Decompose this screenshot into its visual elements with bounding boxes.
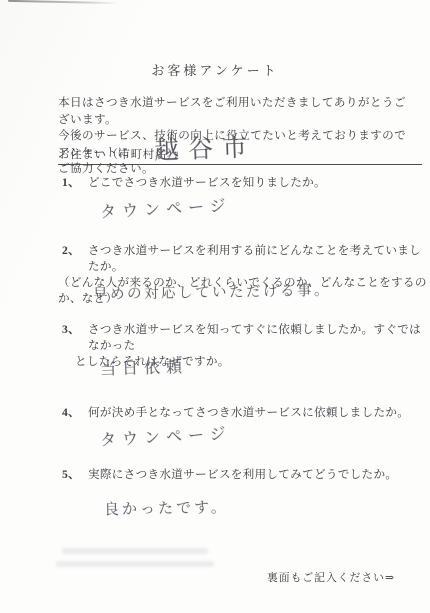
- answer-5-handwritten: 良かったです。: [104, 496, 229, 519]
- question-4-number: 4、: [62, 404, 80, 420]
- answer-2-handwritten: 早めの対応していただける事。: [93, 279, 331, 304]
- answer-1-handwritten: タウンページ: [99, 193, 232, 223]
- question-1-number: 1、: [62, 174, 80, 190]
- question-3-number: 3、: [62, 321, 80, 337]
- residence-handwritten-value: 越谷市: [153, 127, 256, 167]
- question-5: 5、 実際にさつき水道サービスを利用してみてどうでしたか。: [58, 466, 397, 482]
- question-2-number: 2、: [62, 242, 80, 258]
- question-5-text: 実際にさつき水道サービスを利用してみてどうでしたか。: [88, 466, 397, 482]
- scanned-survey-page: お客様アンケート 本日はさつき水道サービスをご利用いただきましてありがとうござい…: [0, 0, 430, 613]
- question-3-text: さつき水道サービスを知ってすぐに依頼しましたか。すぐではなかった: [88, 321, 430, 353]
- bleedthrough-artifact: [56, 561, 214, 567]
- answer-4-handwritten: タウンページ: [99, 421, 232, 451]
- footer-note: 裏面もご記入ください⇒: [267, 570, 395, 585]
- question-5-number: 5、: [62, 466, 80, 482]
- question-1-text: どこでさつき水道サービスを知りましたか。: [88, 174, 326, 190]
- answer-3-handwritten: 当日依頼: [100, 354, 189, 379]
- question-4-text: 何が決め手となってさつき水道サービスに依頼しましたか。: [88, 404, 409, 420]
- question-1: 1、 どこでさつき水道サービスを知りましたか。: [58, 174, 326, 190]
- residence-field: お住まい（市町村名）： 越谷市: [58, 130, 422, 165]
- intro-line: 本日はさつき水道サービスをご利用いただきましてありがとうございます。: [58, 95, 408, 128]
- question-2-text: さつき水道サービスを利用する前にどんなことを考えていましたか。: [88, 242, 430, 274]
- question-4: 4、 何が決め手となってさつき水道サービスに依頼しましたか。: [58, 404, 409, 420]
- page-title: お客様アンケート: [0, 60, 430, 79]
- scan-edge-artifact: [8, 0, 118, 4]
- bleedthrough-artifact: [62, 548, 208, 554]
